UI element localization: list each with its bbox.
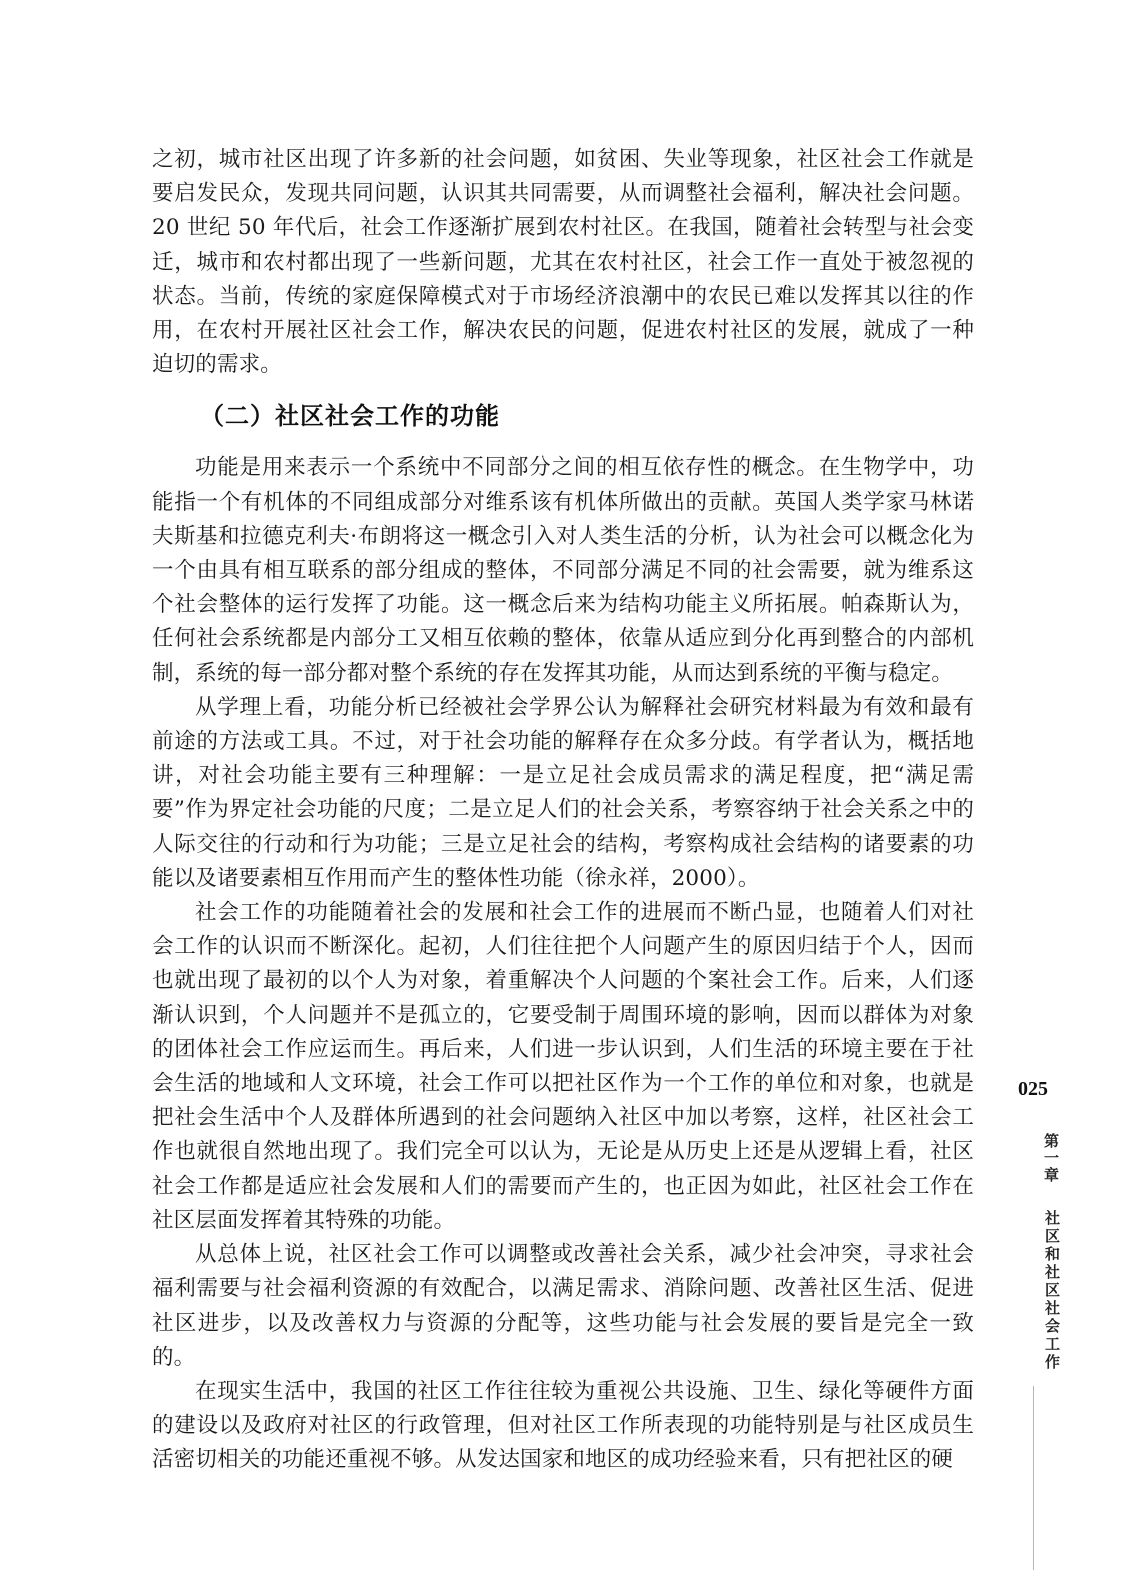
section-heading: （二）社区社会工作的功能 [200,399,974,433]
paragraph-social-work-evolution: 社会工作的功能随着社会的发展和社会工作的进展而不断凸显，也随着人们对社会工作的认… [152,896,974,1238]
page-number: 025 [1003,1078,1063,1101]
chapter-title: 社区和社区社会工作 [1003,1210,1063,1372]
chapter-label: 第一章 [1003,1133,1063,1184]
margin-divider-line [1033,1386,1034,1570]
intro-paragraph: 之初，城市社区出现了许多新的社会问题，如贫困、失业等现象，社区社会工作就是要启发… [152,143,974,382]
page-margin-column: 025 第一章 社区和社区社会工作 [1003,0,1063,1570]
paragraph-overall-functions: 从总体上说，社区社会工作可以调整或改善社会关系，减少社会冲突，寻求社会福利需要与… [152,1238,974,1375]
paragraph-theoretical-view: 从学理上看，功能分析已经被社会学界公认为解释社会研究材料最为有效和最有前途的方法… [152,691,974,896]
paragraph-function-definition: 功能是用来表示一个系统中不同部分之间的相互依存性的概念。在生物学中，功能指一个有… [152,451,974,690]
main-text-column: 之初，城市社区出现了许多新的社会问题，如贫困、失业等现象，社区社会工作就是要启发… [152,143,974,1478]
paragraph-current-practice: 在现实生活中，我国的社区工作往往较为重视公共设施、卫生、绿化等硬件方面的建设以及… [152,1375,974,1478]
